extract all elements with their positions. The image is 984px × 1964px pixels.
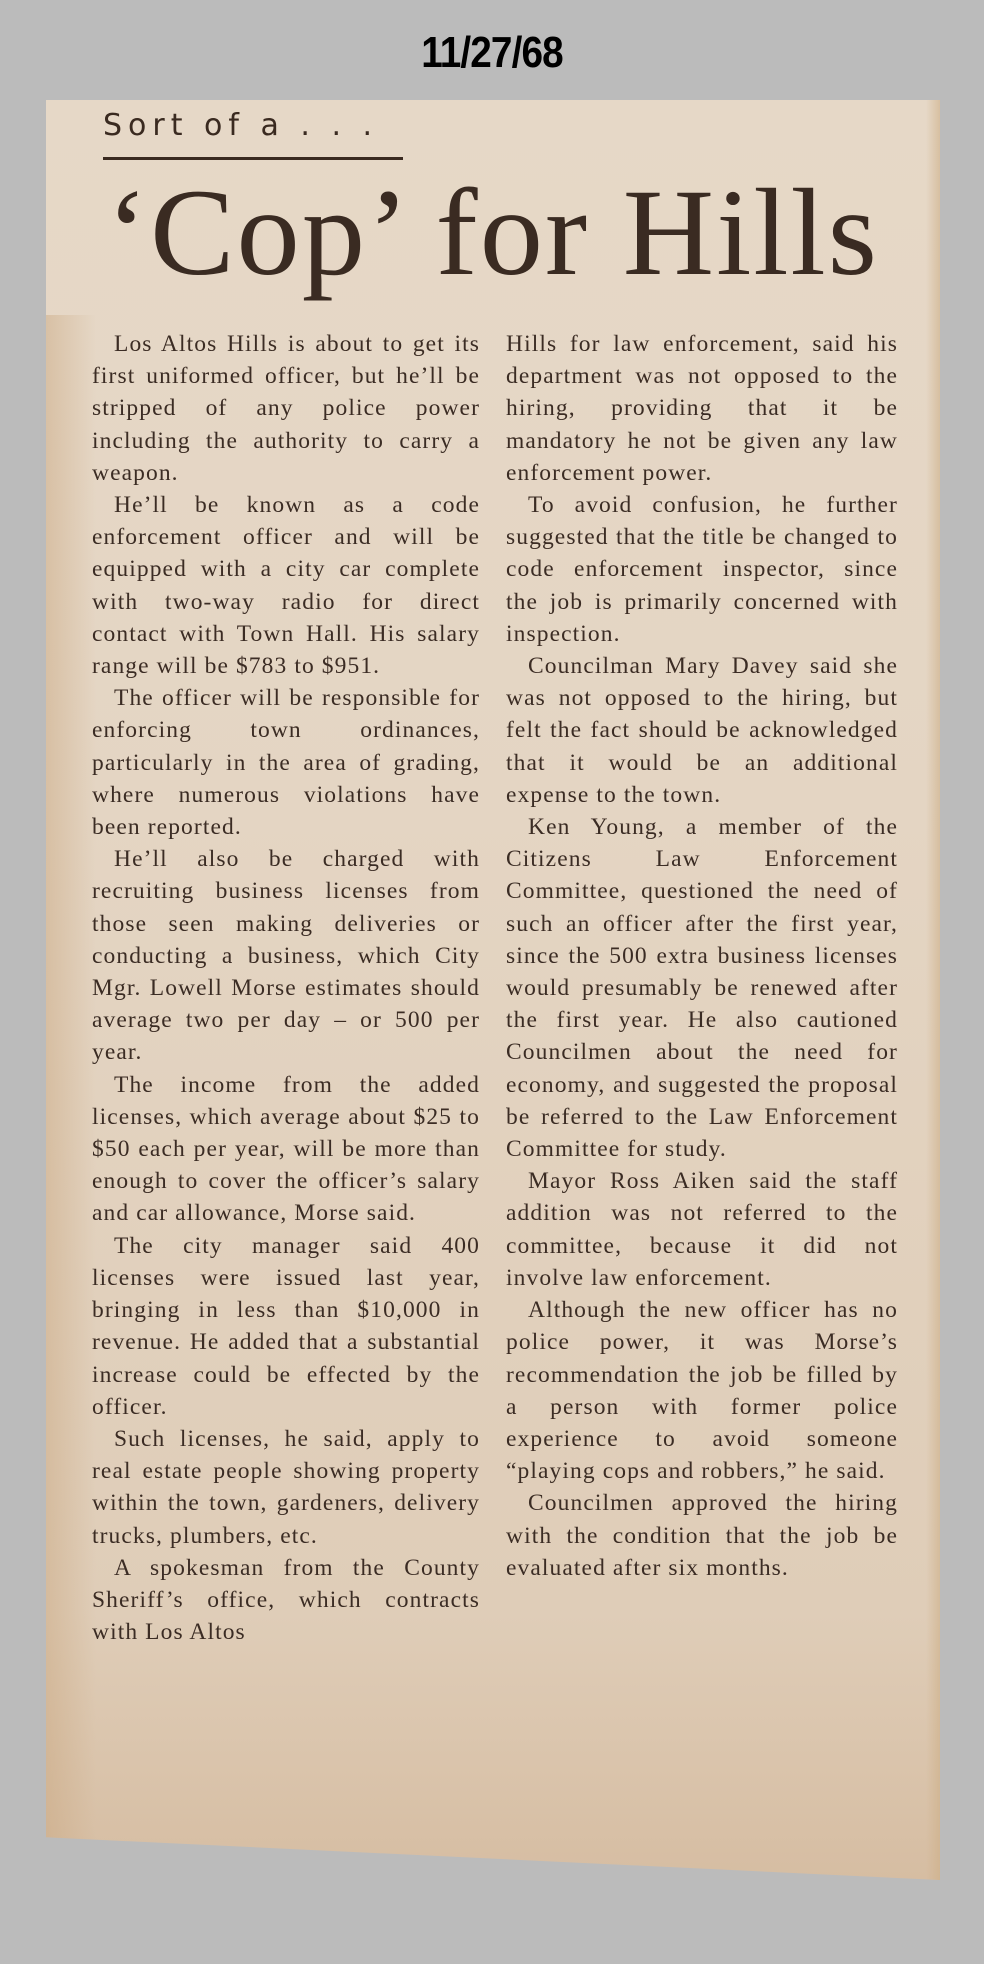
paragraph: Councilman Mary Davey said she was not o… — [506, 650, 898, 811]
paragraph: Ken Young, a member of the Citizens Law … — [506, 811, 898, 1165]
clipping-date: 11/27/68 — [59, 28, 925, 78]
article-column-left: Los Altos Hills is about to get its firs… — [92, 328, 480, 1648]
kicker: Sort of a . . . — [103, 108, 378, 143]
paragraph: Such licenses, he said, apply to real es… — [92, 1423, 480, 1552]
kicker-underline — [103, 157, 403, 160]
paragraph: The city manager said 400 licenses were … — [92, 1230, 480, 1423]
paragraph: The income from the added licenses, whic… — [92, 1069, 480, 1230]
paragraph: A spokesman from the County Sheriff’s of… — [92, 1552, 480, 1649]
paragraph: He’ll also be charged with recruiting bu… — [92, 843, 480, 1068]
paragraph: Although the new officer has no police p… — [506, 1294, 898, 1487]
headline: ‘Cop’ for Hills — [106, 162, 879, 304]
paragraph: To avoid confusion, he further suggested… — [506, 489, 898, 650]
article-column-right: Hills for law enforcement, said his depa… — [506, 328, 898, 1584]
paragraph: The officer will be responsible for enfo… — [92, 682, 480, 843]
paragraph: Los Altos Hills is about to get its firs… — [92, 328, 480, 489]
paragraph: Mayor Ross Aiken said the staff addition… — [506, 1165, 898, 1294]
paragraph: He’ll be known as a code enforcement off… — [92, 489, 480, 682]
paragraph-continued: Hills for law enforcement, said his depa… — [506, 328, 898, 489]
paragraph: Councilmen approved the hiring with the … — [506, 1487, 898, 1584]
newspaper-clipping: Sort of a . . . ‘Cop’ for Hills Los Alto… — [46, 100, 940, 1880]
